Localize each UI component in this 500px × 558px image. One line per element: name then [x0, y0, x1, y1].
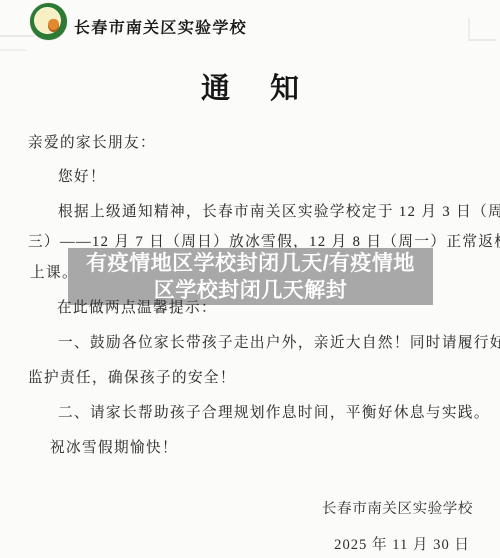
body-line: 监护责任，确保孩子的安全！: [28, 366, 236, 387]
closing-wish-line: 祝冰雪假期愉快！: [50, 436, 178, 457]
notice-document: 长春市南关区实验学校 通 知 亲爱的家长朋友： 您好！ 根据上级通知精神，长春市…: [0, 0, 500, 558]
greeting-line: 您好！: [58, 165, 106, 186]
body-line: 根据上级通知精神，长春市南关区实验学校定于 12 月 3 日（周: [58, 200, 500, 221]
signature-date: 2025 年 11 月 30 日: [334, 533, 470, 554]
notice-title: 通 知: [0, 66, 500, 107]
scan-artifact-line: [0, 35, 34, 37]
body-line: 在此做两点温馨提示：: [57, 296, 217, 317]
caption-line-1: 有疫情地区学校封闭几天/有疫情地: [68, 250, 433, 277]
scan-artifact-line: [0, 49, 26, 51]
seal-emblem: [48, 19, 59, 32]
body-line: 二、请家长帮助孩子合理规划作息时间，平衡好休息与实践。: [58, 401, 490, 422]
body-line: 一、鼓励各位家长带孩子走出户外，亲近大自然！同时请履行好: [58, 331, 500, 352]
salutation-line: 亲爱的家长朋友：: [28, 131, 156, 152]
header-school-name: 长春市南关区实验学校: [73, 15, 247, 38]
seal-inner-circle: [34, 7, 61, 34]
signature-school-name: 长春市南关区实验学校: [322, 497, 474, 518]
school-seal-icon: [30, 3, 67, 40]
scan-artifact-corner: [468, 18, 496, 41]
